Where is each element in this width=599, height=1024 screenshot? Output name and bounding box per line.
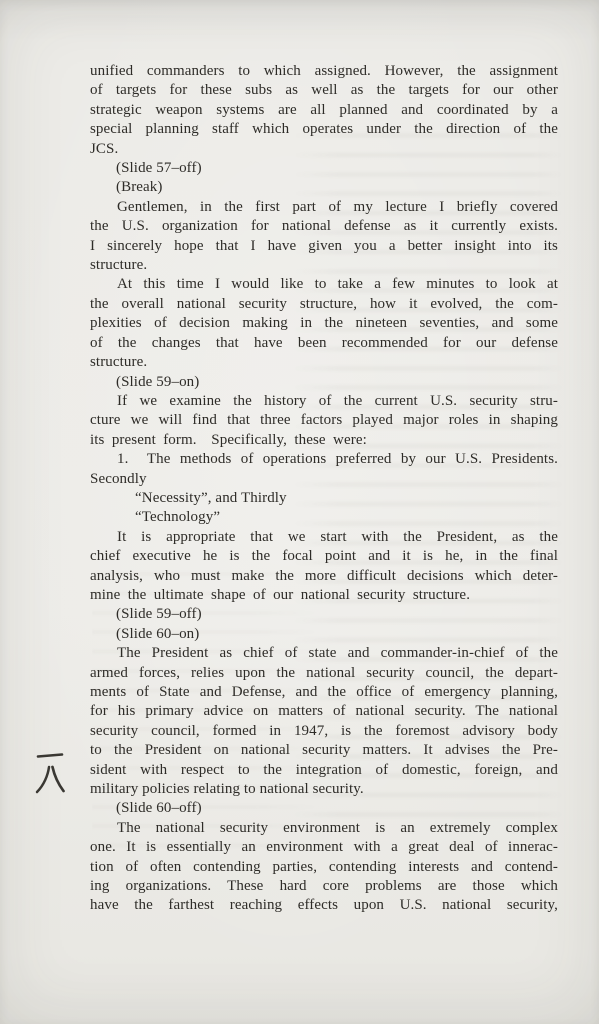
text-line: (Slide 59–on) [90,373,558,392]
text-line: the U.S. organization for national defen… [90,217,558,236]
text-line: to the President on national security ma… [90,741,558,760]
text-line: “Necessity”, and Thirdly [90,489,558,508]
scanned-page: unified commanders to which assigned. Ho… [0,0,599,1024]
text-line: sident with respect to the integration o… [90,761,558,780]
text-line: military policies relating to national s… [90,780,558,799]
text-line: its present form. Specifically, these we… [90,431,558,450]
text-line: of the changes that have been recommende… [90,334,558,353]
margin-page-number [34,748,66,800]
text-line: for his primary advice on matters of nat… [90,702,558,721]
text-line: (Slide 59–off) [90,605,558,624]
text-line: (Break) [90,178,558,197]
text-line: Secondly [90,470,558,489]
text-line: 1. The methods of operations preferred b… [90,450,558,469]
text-line: If we examine the history of the current… [90,392,558,411]
text-line: of targets for these subs as well as the… [90,81,558,100]
text-block: unified commanders to which assigned. Ho… [90,62,558,916]
text-line: structure. [90,256,558,275]
text-line: special planning staff which operates un… [90,120,558,139]
text-line: I sincerely hope that I have given you a… [90,237,558,256]
text-line: analysis, who must make the more difficu… [90,567,558,586]
text-line: plexities of decision making in the nine… [90,314,558,333]
text-line: (Slide 60–on) [90,625,558,644]
text-line: At this time I would like to take a few … [90,275,558,294]
text-line: structure. [90,353,558,372]
text-line: The national security environment is an … [90,819,558,838]
text-line: Gentlemen, in the first part of my lectu… [90,198,558,217]
text-line: the overall national security structure,… [90,295,558,314]
text-line: security council, formed in 1947, is the… [90,722,558,741]
text-line: mine the ultimate shape of our national … [90,586,558,605]
text-line: cture we will find that three factors pl… [90,411,558,430]
text-line: ments of State and Defense, and the offi… [90,683,558,702]
text-line: unified commanders to which assigned. Ho… [90,62,558,81]
text-line: armed forces, relies upon the national s… [90,664,558,683]
text-line: tion of often contending parties, conten… [90,858,558,877]
text-line: have the farthest reaching effects upon … [90,896,558,915]
text-line: chief executive he is the focal point an… [90,547,558,566]
text-line: (Slide 57–off) [90,159,558,178]
text-line: strategic weapon systems are all planned… [90,101,558,120]
text-line: The President as chief of state and comm… [90,644,558,663]
text-line: “Technology” [90,508,558,527]
text-line: ing organizations. These hard core probl… [90,877,558,896]
text-line: JCS. [90,140,558,159]
text-line: (Slide 60–off) [90,799,558,818]
kanji-ichi-hachi-icon [34,748,66,800]
text-line: one. It is essentially an environment wi… [90,838,558,857]
text-line: It is appropriate that we start with the… [90,528,558,547]
